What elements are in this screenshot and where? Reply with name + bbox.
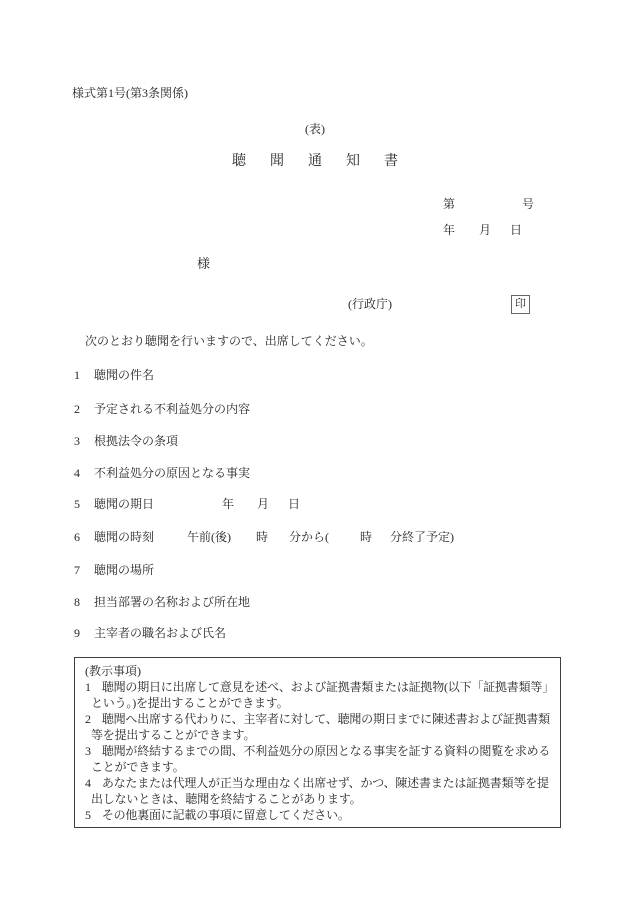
list-item-presiding-officer: 9主宰者の職名および氏名 — [74, 626, 226, 640]
item-number: 3 — [74, 434, 94, 448]
item-label: 根拠法令の条項 — [94, 434, 178, 448]
document-title: 聴聞通知書 — [0, 155, 630, 169]
hearing-notice-document: 様式第1号(第3条関係) (表) 聴聞通知書 第号 年月日 様 (行政庁) 印 … — [0, 0, 630, 915]
seal-mark: 印 — [511, 295, 530, 314]
item-label: 予定される不利益処分の内容 — [94, 402, 250, 416]
date-line: 年月日 — [443, 223, 522, 237]
item-label: 担当部署の名称および所在地 — [94, 595, 250, 609]
doc-number-suffix: 号 — [522, 197, 534, 211]
item-number: 9 — [74, 626, 94, 640]
instructions-box: (教示事項) 1聴聞の期日に出席して意見を述べ、および証拠書類または証拠物(以下… — [74, 657, 561, 828]
date-year-label: 年 — [443, 223, 455, 237]
instruction-text: 聴聞の期日に出席して意見を述べ、および証拠書類または証拠物(以下「証拠書類等」と… — [91, 680, 554, 710]
date-month-label: 月 — [479, 223, 491, 237]
item-label: 主宰者の職名および氏名 — [94, 626, 226, 640]
instruction-number: 1 — [85, 680, 91, 694]
instruction-item-reverse-side: 5その他裏面に記載の事項に留意してください。 — [91, 807, 554, 823]
item-label: 聴聞の場所 — [94, 563, 154, 577]
item-label: 聴聞の時刻 — [94, 530, 154, 544]
issuing-agency-label: (行政庁) — [348, 297, 392, 311]
list-item-hearing-time: 6聴聞の時刻午前(後)時分から(時分終了予定) — [74, 530, 454, 544]
end-minute-field-label: 分終了予定) — [390, 530, 454, 544]
instruction-item-written-statement: 2聴聞へ出席する代わりに、主宰者に対して、聴聞の期日までに陳述書および証拠書類等… — [91, 711, 554, 743]
item-number: 2 — [74, 402, 94, 416]
year-field-label: 年 — [222, 497, 234, 511]
list-item-facts: 4不利益処分の原因となる事実 — [74, 466, 250, 480]
instruction-number: 5 — [85, 808, 91, 822]
instruction-text: その他裏面に記載の事項に留意してください。 — [102, 808, 350, 822]
day-field-label: 日 — [288, 497, 300, 511]
item-number: 5 — [74, 497, 94, 511]
list-item-legal-basis: 3根拠法令の条項 — [74, 434, 178, 448]
am-pm-field-label: 午前(後) — [187, 530, 231, 544]
item-number: 7 — [74, 563, 94, 577]
item-label: 聴聞の件名 — [94, 368, 154, 382]
instructions-heading: (教示事項) — [85, 663, 554, 679]
item-label: 不利益処分の原因となる事実 — [94, 466, 250, 480]
item-number: 8 — [74, 595, 94, 609]
instruction-item-attend: 1聴聞の期日に出席して意見を述べ、および証拠書類または証拠物(以下「証拠書類等」… — [91, 679, 554, 711]
instruction-number: 4 — [85, 776, 91, 790]
list-item-department: 8担当部署の名称および所在地 — [74, 595, 250, 609]
form-number-label: 様式第1号(第3条関係) — [72, 86, 188, 100]
hour-field-label: 時 — [256, 530, 268, 544]
instruction-item-inspection: 3聴聞が終結するまでの間、不利益処分の原因となる事実を証する資料の閲覧を求めるこ… — [91, 743, 554, 775]
instruction-text: 聴聞へ出席する代わりに、主宰者に対して、聴聞の期日までに陳述書および証拠書類等を… — [91, 712, 550, 742]
item-label: 聴聞の期日 — [94, 497, 154, 511]
item-number: 1 — [74, 368, 94, 382]
doc-number-prefix: 第 — [443, 197, 455, 211]
month-field-label: 月 — [257, 497, 269, 511]
instruction-text: あなたまたは代理人が正当な理由なく出席せず、かつ、陳述書または証拠書類等を提出し… — [91, 776, 549, 806]
list-item-hearing-subject: 1聴聞の件名 — [74, 368, 154, 382]
instruction-text: 聴聞が終結するまでの間、不利益処分の原因となる事実を証する資料の閲覧を求めること… — [91, 744, 550, 774]
addressee-honorific: 様 — [197, 257, 210, 271]
minute-from-field-label: 分から( — [289, 530, 329, 544]
document-number-line: 第号 — [443, 197, 534, 211]
date-day-label: 日 — [510, 223, 522, 237]
list-item-planned-disposition: 2予定される不利益処分の内容 — [74, 402, 250, 416]
item-number: 4 — [74, 466, 94, 480]
instruction-number: 2 — [85, 712, 91, 726]
intro-sentence: 次のとおり聴聞を行いますので、出席してください。 — [85, 334, 373, 348]
item-number: 6 — [74, 530, 94, 544]
list-item-hearing-place: 7聴聞の場所 — [74, 563, 154, 577]
front-side-label: (表) — [0, 122, 630, 136]
instruction-item-absence: 4あなたまたは代理人が正当な理由なく出席せず、かつ、陳述書または証拠書類等を提出… — [91, 775, 554, 807]
end-hour-field-label: 時 — [360, 530, 372, 544]
instruction-number: 3 — [85, 744, 91, 758]
list-item-hearing-date: 5聴聞の期日年月日 — [74, 497, 300, 511]
